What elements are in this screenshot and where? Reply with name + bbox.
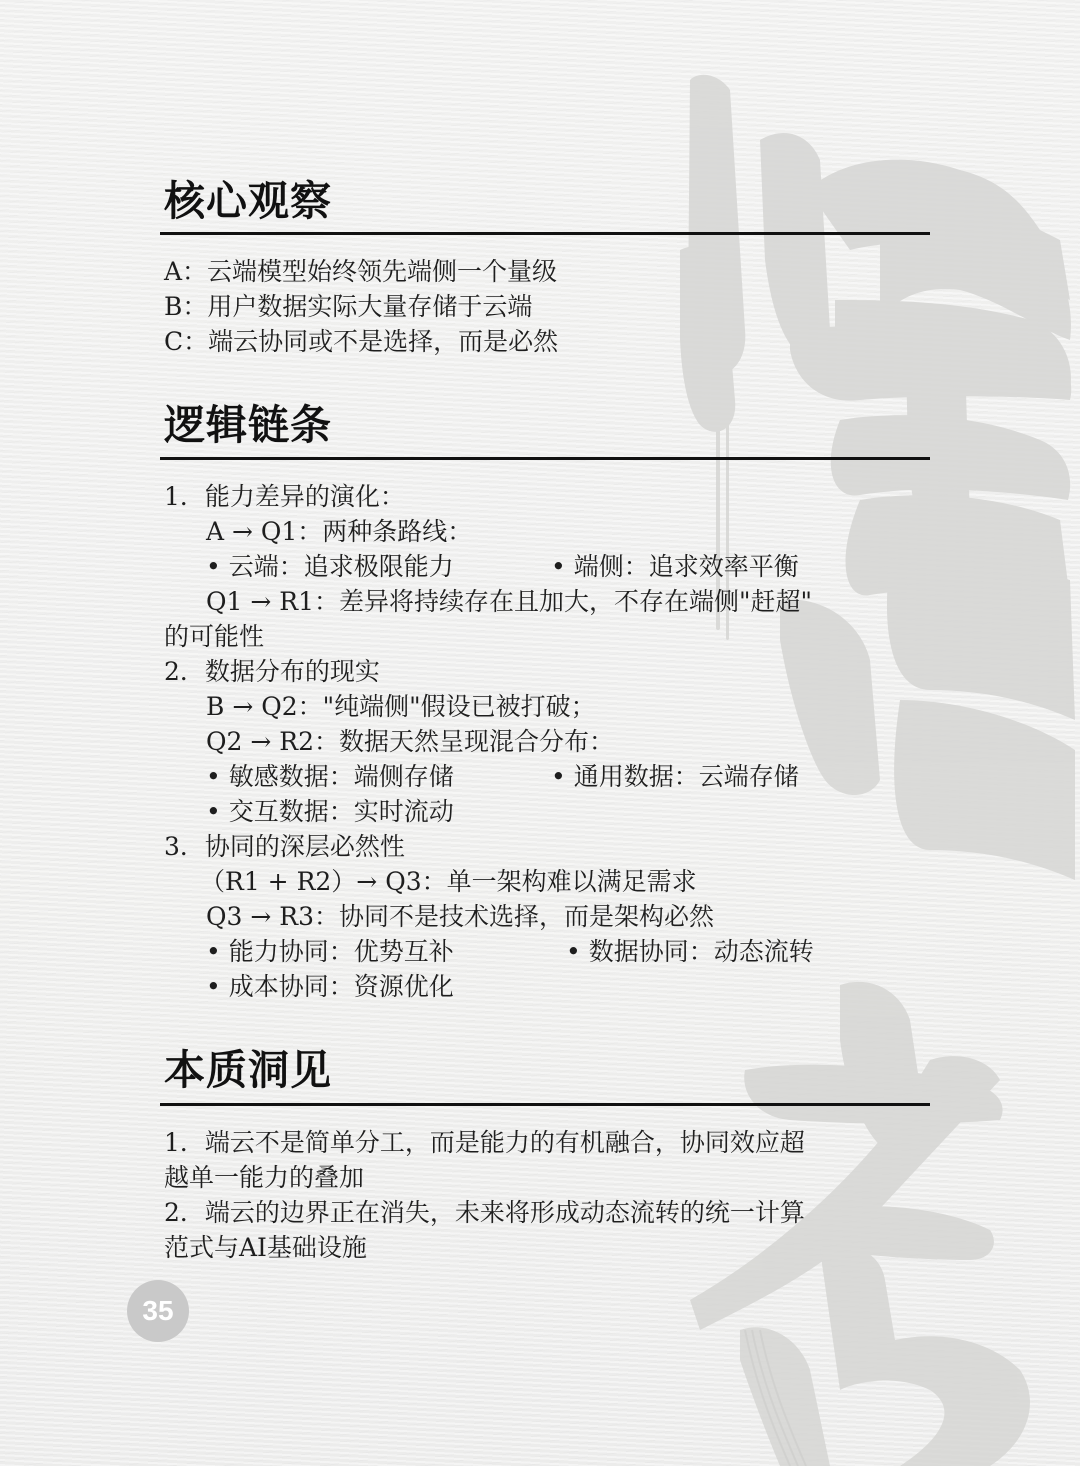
- section-title-core-observations: 核心观察: [164, 181, 332, 222]
- logic-step-q1-r1: Q1 → R1：差异将持续存在且加大，不存在端侧"赶超": [206, 589, 812, 614]
- document-page: 核心观察 A：云端模型始终领先端侧一个量级 B：用户数据实际大量存储于云端 C：…: [0, 0, 1080, 1466]
- observation-c: C：端云协同或不是选择，而是必然: [164, 329, 558, 354]
- logic-step-q1-r1-continuation: 的可能性: [164, 624, 264, 649]
- insight-2-continuation: 范式与AI基础设施: [164, 1235, 367, 1260]
- page-number: 35: [142, 1295, 173, 1327]
- bullet-cloud-capability: • 云端：追求极限能力: [206, 554, 454, 579]
- logic-step-q3-r3: Q3 → R3：协同不是技术选择，而是架构必然: [206, 904, 714, 929]
- section-divider: [160, 1103, 930, 1106]
- section-title-essential-insights: 本质洞见: [164, 1050, 332, 1091]
- logic-step-a-q1: A → Q1：两种条路线：: [206, 519, 472, 544]
- logic-step-q2-r2: Q2 → R2：数据天然呈现混合分布：: [206, 729, 614, 754]
- bullet-interaction-data: • 交互数据：实时流动: [206, 799, 454, 824]
- logic-item-heading-1: 1．能力差异的演化：: [164, 484, 405, 509]
- page-number-badge: 35: [127, 1280, 189, 1342]
- bullet-cost-synergy: • 成本协同：资源优化: [206, 974, 454, 999]
- observation-b: B：用户数据实际大量存储于云端: [164, 294, 532, 319]
- section-divider: [160, 457, 930, 460]
- section-divider: [160, 232, 930, 235]
- bullet-sensitive-data: • 敏感数据：端侧存储: [206, 764, 454, 789]
- logic-item-heading-2: 2．数据分布的现实: [164, 659, 380, 684]
- bullet-edge-efficiency: • 端侧：追求效率平衡: [551, 554, 799, 579]
- logic-step-r1r2-q3: （R1 + R2）→ Q3：单一架构难以满足需求: [200, 869, 697, 894]
- insight-1: 1．端云不是简单分工，而是能力的有机融合，协同效应超: [164, 1130, 805, 1155]
- insight-2: 2．端云的边界正在消失，未来将形成动态流转的统一计算: [164, 1200, 805, 1225]
- logic-step-b-q2: B → Q2："纯端侧"假设已被打破；: [206, 694, 596, 719]
- bullet-capability-synergy: • 能力协同：优势互补: [206, 939, 454, 964]
- logic-item-heading-3: 3．协同的深层必然性: [164, 834, 405, 859]
- bullet-data-synergy: • 数据协同：动态流转: [566, 939, 814, 964]
- observation-a: A：云端模型始终领先端侧一个量级: [164, 259, 557, 284]
- bullet-general-data: • 通用数据：云端存储: [551, 764, 799, 789]
- insight-1-continuation: 越单一能力的叠加: [164, 1165, 364, 1190]
- section-title-logic-chain: 逻辑链条: [164, 405, 332, 446]
